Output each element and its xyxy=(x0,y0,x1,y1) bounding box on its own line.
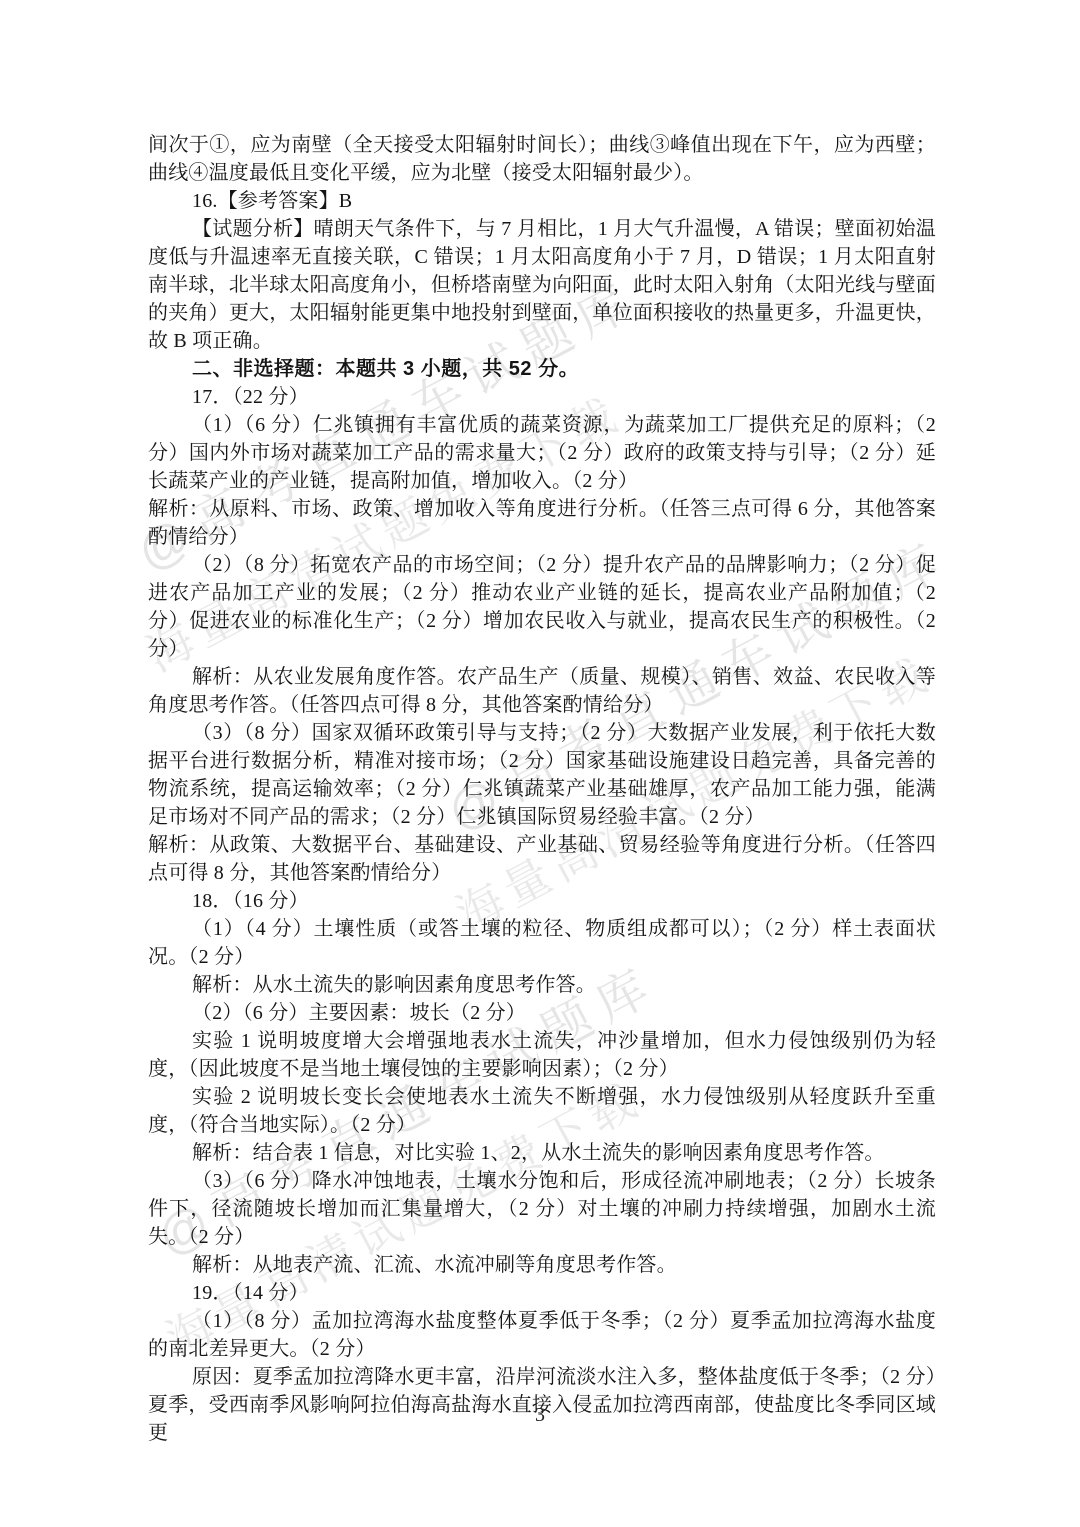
paragraph: 间次于①，应为南壁（全天接受太阳辐射时间长）；曲线③峰值出现在下午，应为西壁；曲… xyxy=(148,131,936,187)
paragraph: 解析：从地表产流、汇流、水流冲刷等角度思考作答。 xyxy=(148,1251,936,1279)
paragraph: 18．（16 分） xyxy=(148,887,936,915)
paragraph: 解析：从原料、市场、政策、增加收入等角度进行分析。（任答三点可得 6 分，其他答… xyxy=(148,495,936,551)
paragraph: 二、非选择题：本题共 3 小题，共 52 分。 xyxy=(148,355,936,383)
paragraph: （3）（6 分）降水冲蚀地表，土壤水分饱和后，形成径流冲刷地表；（2 分）长坡条… xyxy=(148,1167,936,1251)
document-page: @高考直通车试题库 海量高清试题免费下载 @高考直通车试题库 海量高清试题免费下… xyxy=(0,0,1080,1527)
paragraph: （1）（4 分）土壤性质（或答土壤的粒径、物质组成都可以）；（2 分）样土表面状… xyxy=(148,915,936,971)
paragraph: （2）（8 分）拓宽农产品的市场空间；（2 分）提升农产品的品牌影响力；（2 分… xyxy=(148,551,936,663)
paragraph: 实验 1 说明坡度增大会增强地表水土流失，冲沙量增加，但水力侵蚀级别仍为轻度，（… xyxy=(148,1027,936,1083)
paragraph: 19．（14 分） xyxy=(148,1279,936,1307)
paragraph: （1）（8 分）孟加拉湾海水盐度整体夏季低于冬季；（2 分）夏季孟加拉湾海水盐度… xyxy=(148,1307,936,1363)
paragraph: 【试题分析】晴朗天气条件下，与 7 月相比，1 月大气升温慢，A 错误；壁面初始… xyxy=(148,215,936,355)
page-number: 3 xyxy=(0,1404,1080,1427)
paragraph: （1）（6 分）仁兆镇拥有丰富优质的蔬菜资源，为蔬菜加工厂提供充足的原料；（2 … xyxy=(148,411,936,495)
answer-key-body: 间次于①，应为南壁（全天接受太阳辐射时间长）；曲线③峰值出现在下午，应为西壁；曲… xyxy=(148,131,936,1447)
paragraph: 解析：从水土流失的影响因素角度思考作答。 xyxy=(148,971,936,999)
paragraph: 解析：结合表 1 信息，对比实验 1、2，从水土流失的影响因素角度思考作答。 xyxy=(148,1139,936,1167)
paragraph: （2）（6 分）主要因素：坡长（2 分） xyxy=(148,999,936,1027)
paragraph: 实验 2 说明坡长变长会使地表水土流失不断增强，水力侵蚀级别从轻度跃升至重度，（… xyxy=(148,1083,936,1139)
paragraph: 解析：从政策、大数据平台、基础建设、产业基础、贸易经验等角度进行分析。（任答四点… xyxy=(148,831,936,887)
paragraph: （3）（8 分）国家双循环政策引导与支持；（2 分）大数据产业发展，利于依托大数… xyxy=(148,719,936,831)
paragraph: 16.【参考答案】B xyxy=(148,187,936,215)
paragraph: 17．（22 分） xyxy=(148,383,936,411)
paragraph: 解析：从农业发展角度作答。农产品生产（质量、规模）、销售、效益、农民收入等角度思… xyxy=(148,663,936,719)
